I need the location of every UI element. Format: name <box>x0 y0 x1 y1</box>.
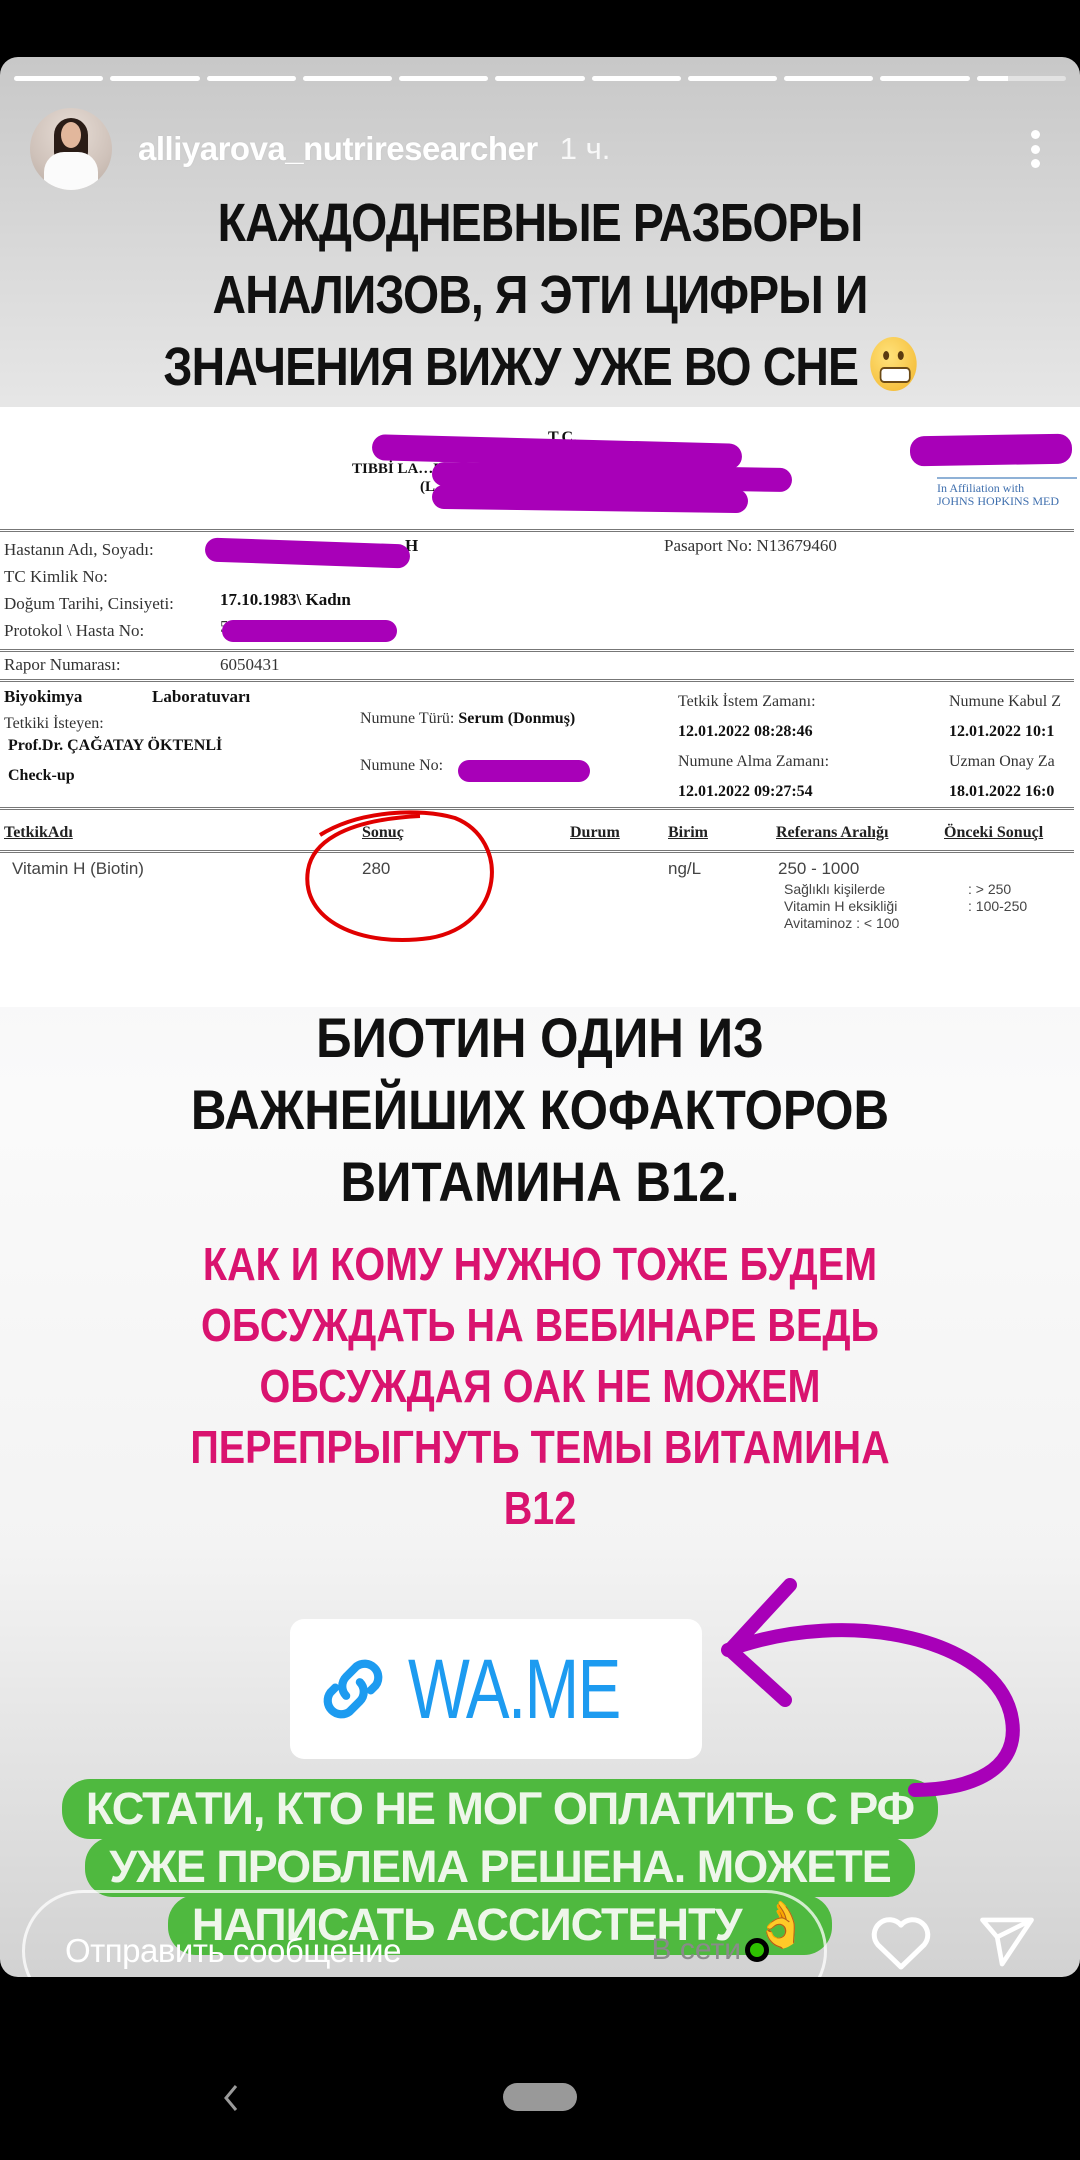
results-cell: 250 - 1000 <box>778 859 859 879</box>
home-pill-icon[interactable] <box>503 2083 577 2111</box>
post-time: 1 ч. <box>560 131 611 167</box>
patient-labels: Hastanın Adı, Soyadı: TC Kimlik No: Doğu… <box>4 536 174 644</box>
heart-icon <box>869 1913 933 1971</box>
lab-dept2: Laboratuvarı <box>152 687 250 707</box>
reply-bar[interactable]: В сети <box>22 1890 827 1977</box>
birth-value: 17.10.1983\ Kadın <box>220 590 351 610</box>
story-progress-segment <box>688 76 777 81</box>
results-cell: Vitamin H (Biotin) <box>12 859 144 879</box>
send-icon <box>977 1915 1037 1969</box>
story-progress-segment <box>495 76 584 81</box>
story-progress-bar <box>14 76 1066 81</box>
results-column-header: Birim <box>668 824 708 842</box>
online-dot-icon <box>745 1938 769 1962</box>
sample-type: Numune Türü: Serum (Donmuş) <box>360 710 575 728</box>
link-icon <box>312 1648 394 1730</box>
message-input[interactable] <box>65 1932 625 1970</box>
subheading: БИОТИН ОДИН ИЗ ВАЖНЕЙШИХ КОФАКТОРОВ ВИТА… <box>118 1002 963 1218</box>
reference-note: Avitaminoz : < 100 <box>784 915 899 931</box>
results-column-header: Referans Aralığı <box>776 824 888 842</box>
redaction-scribble <box>910 434 1072 467</box>
story-progress-segment <box>14 76 103 81</box>
story-progress-segment <box>592 76 681 81</box>
redaction-scribble <box>458 760 590 782</box>
more-vertical-icon[interactable] <box>1020 124 1050 174</box>
results-column-header: TetkikAdı <box>4 824 73 842</box>
story-progress-segment <box>110 76 199 81</box>
lab-report-document: T.C. TIBBİ LA…RATUVAR TETKİK SONUÇ RA… (… <box>0 407 1080 1007</box>
results-cell: 280 <box>362 859 390 879</box>
story-viewer[interactable]: alliyarova_nutriresearcher 1 ч. КАЖДОДНЕ… <box>0 57 1080 1977</box>
system-navbar <box>0 1977 1080 2160</box>
affiliation-text: In Affiliation with JOHNS HOPKINS MED <box>937 482 1059 508</box>
time-column-1: Tetkik İstem Zamanı: 12.01.2022 08:28:46… <box>678 687 829 807</box>
story-headline: КАЖДОДНЕВНЫЕ РАЗБОРЫ АНАЛИЗОВ, Я ЭТИ ЦИФ… <box>110 187 970 403</box>
story-progress-segment <box>784 76 873 81</box>
results-column-header: Önceki Sonuçl <box>944 824 1043 842</box>
time-column-2: Numune Kabul Z 12.01.2022 10:1 Uzman Ona… <box>949 687 1061 807</box>
back-chevron-icon[interactable] <box>218 2083 242 2113</box>
reference-note-value: : > 250 <box>968 881 1011 897</box>
like-button[interactable] <box>866 1907 936 1977</box>
redaction-scribble <box>205 537 411 568</box>
requester-label: Tetkiki İsteyen: <box>4 715 104 733</box>
passport-field: Pasaport No: N13679460 <box>664 536 837 556</box>
reference-note: Sağlıklı kişilerde <box>784 881 885 897</box>
reference-note-value: : 100-250 <box>968 898 1027 914</box>
exam-type: Check-up <box>8 767 75 785</box>
story-progress-segment <box>399 76 488 81</box>
grimacing-face-icon <box>870 337 916 391</box>
sample-no-label: Numune No: <box>360 757 443 775</box>
reference-note: Vitamin H eksikliği <box>784 898 897 914</box>
redaction-scribble <box>222 620 397 642</box>
results-cell: ng/L <box>668 859 701 879</box>
author-username[interactable]: alliyarova_nutriresearcher <box>138 130 538 168</box>
results-column-header: Sonuç <box>362 824 404 842</box>
pink-caption: КАК И КОМУ НУЖНО ТОЖЕ БУДЕМ ОБСУЖДАТЬ НА… <box>127 1234 953 1539</box>
report-number-label: Rapor Numarası: <box>4 655 121 675</box>
lab-dept: Biyokimya <box>4 687 82 707</box>
story-progress-segment <box>207 76 296 81</box>
story-progress-segment <box>303 76 392 81</box>
online-status: В сети <box>651 1933 769 1967</box>
story-progress-segment <box>977 76 1066 81</box>
requester-value: Prof.Dr. ÇAĞATAY ÖKTENLİ <box>8 737 222 755</box>
link-sticker[interactable]: WA.ME <box>290 1619 702 1759</box>
report-number-value: 6050431 <box>220 655 280 675</box>
avatar[interactable] <box>30 108 112 190</box>
story-header: alliyarova_nutriresearcher 1 ч. <box>30 104 1050 194</box>
link-label[interactable]: WA.ME <box>408 1641 620 1738</box>
results-column-header: Durum <box>570 824 620 842</box>
share-button[interactable] <box>972 1907 1042 1977</box>
story-progress-segment <box>880 76 969 81</box>
redaction-scribble <box>432 485 748 513</box>
